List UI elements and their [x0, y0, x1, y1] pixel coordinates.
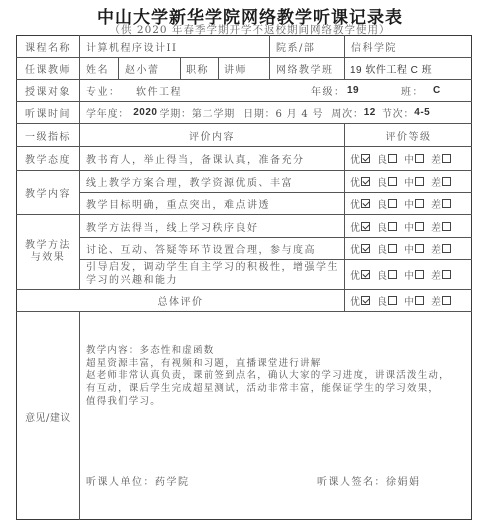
observer-unit-value: 药学院: [155, 473, 190, 488]
week-label: 周次：: [331, 105, 363, 120]
criterion-text: 教书育人，举止得当，备课认真，准备充分: [86, 147, 305, 170]
col-divider: [79, 311, 80, 520]
rating-group[interactable]: 优 良 中 差: [350, 260, 451, 289]
period-label: 节次：: [382, 105, 414, 120]
rating-option-poor[interactable]: 差: [431, 196, 451, 211]
rating-option-poor[interactable]: 差: [431, 151, 451, 166]
checkbox-icon[interactable]: [388, 154, 397, 163]
indicator-column-header: 一级指标: [17, 124, 79, 146]
overall-rating-group[interactable]: 优 良 中 差: [350, 290, 451, 311]
rating-option-fair[interactable]: 中: [404, 267, 424, 282]
checked-checkbox-icon[interactable]: [361, 154, 370, 163]
checkbox-icon[interactable]: [388, 222, 397, 231]
checked-checkbox-icon[interactable]: [361, 177, 370, 186]
criterion-text: 讨论、互动、答疑等环节设置合理，参与度高: [86, 238, 316, 259]
grade-value: 19: [347, 80, 359, 101]
term-label: 学期：: [159, 105, 191, 120]
rating-option-poor[interactable]: 差: [431, 174, 451, 189]
rating-option-fair[interactable]: 中: [404, 151, 424, 166]
class-value: 19 软件工程 C 班: [350, 58, 468, 79]
year-value: 2020: [133, 107, 157, 118]
class-label: 网络教学班: [276, 58, 342, 79]
rating-option-excellent[interactable]: 优: [350, 267, 370, 282]
checkbox-icon[interactable]: [415, 244, 424, 253]
indicator-teaching-attitude: 教学态度: [17, 147, 79, 170]
observer-unit: 听课人单位： 药学院: [86, 472, 190, 488]
checkbox-icon[interactable]: [415, 199, 424, 208]
col-divider: [118, 57, 119, 79]
col-divider: [180, 57, 181, 79]
criterion-text: 教学目标明确，重点突出，难点讲透: [86, 193, 270, 214]
rating-option-fair[interactable]: 中: [404, 241, 424, 256]
observer-signature: 听课人签名： 徐娟娟: [317, 472, 421, 488]
comment-line: 教学内容：多态性和虚函数: [86, 345, 450, 358]
observer-sign-label: 听课人签名：: [317, 473, 386, 488]
col-divider: [79, 35, 80, 289]
checkbox-icon[interactable]: [415, 296, 424, 305]
col-divider: [344, 35, 345, 79]
date-value: 6 月 4 号: [275, 105, 323, 120]
rating-group[interactable]: 优 良 中 差: [350, 147, 451, 170]
comment-line: 赵老师非常认真负责，课前签到点名，确认大家的学习进度，讲课活泼生动，: [86, 370, 450, 383]
overall-evaluation-label: 总体评价: [17, 290, 344, 311]
feedback-comments: 教学内容：多态性和虚函数 超星资源丰富，有视频和习题，直播课堂进行讲解 赵老师非…: [86, 345, 450, 409]
rating-option-good[interactable]: 良: [377, 293, 397, 308]
checkbox-icon[interactable]: [388, 244, 397, 253]
rating-option-fair[interactable]: 中: [404, 293, 424, 308]
criterion-text: 教学方法得当，线上学习秩序良好: [86, 215, 259, 237]
checkbox-icon[interactable]: [388, 270, 397, 279]
course-name-label: 课程名称: [17, 36, 79, 57]
checked-checkbox-icon[interactable]: [361, 244, 370, 253]
course-name-value: 计算机程序设计II: [86, 36, 266, 57]
checkbox-icon[interactable]: [442, 154, 451, 163]
checkbox-icon[interactable]: [442, 296, 451, 305]
major-label: 专业：: [86, 80, 121, 101]
rating-option-good[interactable]: 良: [377, 267, 397, 282]
rating-group[interactable]: 优 良 中 差: [350, 238, 451, 259]
checked-checkbox-icon[interactable]: [361, 296, 370, 305]
observer-unit-label: 听课人单位：: [86, 473, 155, 488]
audience-label: 授课对象: [17, 80, 79, 101]
teacher-title-value: 讲师: [224, 58, 269, 79]
teacher-name-label: 姓名: [86, 58, 118, 79]
comment-line: 有互动，课后学生完成超星测试，活动非常丰富，能保证学生的学习效果，: [86, 383, 450, 396]
rating-option-excellent[interactable]: 优: [350, 196, 370, 211]
rating-option-excellent[interactable]: 优: [350, 219, 370, 234]
rating-option-poor[interactable]: 差: [431, 241, 451, 256]
teacher-name-value: 赵小蕾: [125, 58, 180, 79]
rating-option-poor[interactable]: 差: [431, 267, 451, 282]
criterion-text: 线上教学方案合理，教学资源优质、丰富: [86, 171, 293, 192]
checkbox-icon[interactable]: [415, 154, 424, 163]
grade-label: 年级：: [311, 80, 346, 101]
content-column-header: 评价内容: [80, 124, 344, 146]
checked-checkbox-icon[interactable]: [361, 199, 370, 208]
comment-line: 超星资源丰富，有视频和习题，直播课堂进行讲解: [86, 358, 450, 371]
checkbox-icon[interactable]: [415, 177, 424, 186]
major-value: 软件工程: [136, 80, 182, 101]
department-label: 院系/部: [276, 36, 342, 57]
date-label: 日期：: [243, 105, 275, 120]
col-divider: [218, 57, 219, 79]
rating-group[interactable]: 优 良 中 差: [350, 193, 451, 214]
rating-option-good[interactable]: 良: [377, 151, 397, 166]
rating-option-poor[interactable]: 差: [431, 293, 451, 308]
checkbox-icon[interactable]: [388, 296, 397, 305]
observer-sign-value: 徐娟娟: [386, 473, 421, 488]
rating-option-good[interactable]: 良: [377, 196, 397, 211]
criterion-text: 引导启发，调动学生自主学习的积极性，增强学生 学习的兴趣和能力: [86, 260, 339, 289]
teacher-title-label: 职称: [186, 58, 218, 79]
row-divider: [16, 311, 472, 312]
section-label: 班：: [401, 80, 424, 101]
rating-option-poor[interactable]: 差: [431, 219, 451, 234]
col-divider: [344, 123, 345, 311]
checked-checkbox-icon[interactable]: [361, 222, 370, 231]
checkbox-icon[interactable]: [442, 222, 451, 231]
time-label: 听课时间: [17, 102, 79, 123]
rating-group[interactable]: 优 良 中 差: [350, 215, 451, 237]
rating-option-excellent[interactable]: 优: [350, 151, 370, 166]
department-value: 信科学院: [351, 36, 469, 57]
period-value: 4-5: [414, 107, 430, 118]
rating-option-excellent[interactable]: 优: [350, 293, 370, 308]
checkbox-icon[interactable]: [388, 199, 397, 208]
checkbox-icon[interactable]: [388, 177, 397, 186]
rating-option-good[interactable]: 良: [377, 241, 397, 256]
rating-option-fair[interactable]: 中: [404, 174, 424, 189]
term-value: 第二学期: [192, 105, 235, 120]
week-value: 12: [364, 107, 376, 118]
indicator-teaching-method: 教学方法 与效果: [17, 215, 79, 289]
checked-checkbox-icon[interactable]: [361, 270, 370, 279]
checkbox-icon[interactable]: [442, 177, 451, 186]
teacher-label: 任课教师: [17, 58, 79, 79]
checkbox-icon[interactable]: [415, 222, 424, 231]
year-label: 学年度：: [86, 105, 129, 120]
comment-line: 值得我们学习。: [86, 396, 450, 409]
feedback-label: 意见/建议: [17, 406, 79, 426]
rating-option-excellent[interactable]: 优: [350, 241, 370, 256]
indicator-teaching-content: 教学内容: [17, 171, 79, 214]
checkbox-icon[interactable]: [442, 270, 451, 279]
rating-option-fair[interactable]: 中: [404, 219, 424, 234]
rating-option-good[interactable]: 良: [377, 219, 397, 234]
grade-column-header: 评价等级: [345, 124, 472, 146]
listen-time-value: 学年度： 2020 学期： 第二学期 日期： 6 月 4 号 周次： 12 节次…: [86, 102, 430, 123]
rating-option-good[interactable]: 良: [377, 174, 397, 189]
rating-group[interactable]: 优 良 中 差: [350, 171, 451, 192]
rating-option-excellent[interactable]: 优: [350, 174, 370, 189]
rating-option-fair[interactable]: 中: [404, 196, 424, 211]
col-divider: [269, 35, 270, 79]
section-value: C: [433, 80, 441, 101]
checkbox-icon[interactable]: [415, 270, 424, 279]
checkbox-icon[interactable]: [442, 244, 451, 253]
checkbox-icon[interactable]: [442, 199, 451, 208]
